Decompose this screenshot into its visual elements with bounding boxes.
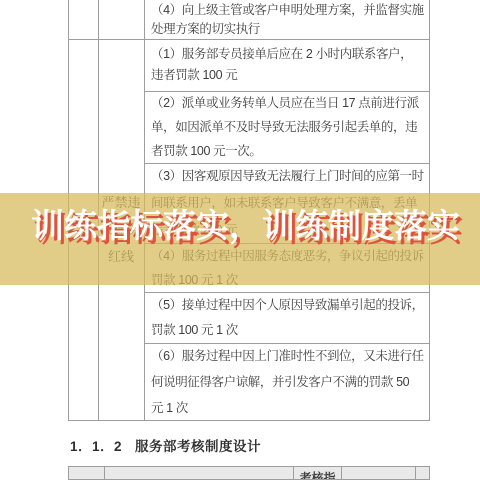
table-category-cell: 严禁违 反服务 红线 (98, 39, 144, 420)
section-heading: 1．1．2 服务部考核制度设计 (70, 435, 261, 455)
table2-header-cell (104, 466, 294, 480)
section-number: 1．1．2 (70, 435, 122, 455)
rule-text: 违者罚款 100 元 (151, 65, 424, 86)
table-row: （4）服务过程中因服务态度恶劣，争议引起的投诉 罚款 100 元 1 次 (144, 243, 430, 292)
rule-text: 罚款 100 元 1 次 (151, 318, 424, 343)
table-row: （3）因客观原因导致无法履行上门时间的应第一时 间联系用户，如未联系客户导致客户… (144, 163, 430, 243)
rule-text: （6）服务过程中因上门准时性不到位，又未进行任 (151, 343, 424, 369)
table2-header-cell (341, 466, 416, 480)
document-page: 严禁违 反服务 红线 （4）向上级主管或客户申明处理方案，并监督实施 处理方案的… (0, 0, 480, 480)
rule-text: 违者罚款 200 元 (151, 217, 424, 244)
table-row: （4）向上级主管或客户申明处理方案，并监督实施 处理方案的切实执行 (144, 0, 430, 39)
rule-text: 罚款 100 元 1 次 (151, 268, 424, 292)
table2-header-cell: 考核指标 (293, 466, 342, 480)
table-row: （5）接单过程中因个人原因导致漏单引起的投诉， 罚款 100 元 1 次 (144, 292, 430, 343)
table-border-left (68, 0, 69, 420)
section-title: 服务部考核制度设计 (135, 435, 261, 455)
rule-text: （3）因客观原因导致无法履行上门时间的应第一时 (151, 163, 424, 190)
table-row: （6）服务过程中因上门准时性不到位，又未进行任 何说明征得客户谅解，并引发客户不… (144, 343, 430, 420)
rule-text: 何说明征得客户谅解，并引发客户不满的罚款 50 (151, 369, 424, 395)
rule-text: 元 1 次 (151, 395, 424, 421)
table2-header-cell (415, 466, 430, 480)
rule-text: （5）接单过程中因个人原因导致漏单引起的投诉， (151, 293, 424, 318)
rule-text: （2）派单或业务转单人员应在当日 17 点前进行派 (151, 91, 424, 115)
table-border-bottom (68, 420, 430, 421)
table-row: （2）派单或业务转单人员应在当日 17 点前进行派 单，如因派单不及时导致无法服… (144, 91, 430, 163)
category-line: 反服务 (101, 216, 140, 243)
rule-text: （4）服务过程中因服务态度恶劣，争议引起的投诉 (151, 244, 424, 268)
rule-text: （4）向上级主管或客户申明处理方案，并监督实施 (151, 1, 424, 20)
category-line: 严禁违 (101, 189, 140, 216)
rule-text: 处理方案的切实执行 (151, 20, 424, 39)
table-row: （1）服务部专员接单后应在 2 小时内联系客户， 违者罚款 100 元 (144, 39, 430, 91)
table2-header-cell (68, 466, 105, 480)
rule-text: 者罚款 100 元一次。 (151, 139, 424, 163)
rule-text: （1）服务部专员接单后应在 2 小时内联系客户， (151, 44, 424, 65)
rule-text: 间联系用户，如未联系客户导致客户不满意，丢单 (151, 190, 424, 217)
rule-text: 单，如因派单不及时导致无法服务引起丢单的，违 (151, 115, 424, 139)
category-line: 红线 (108, 243, 134, 270)
